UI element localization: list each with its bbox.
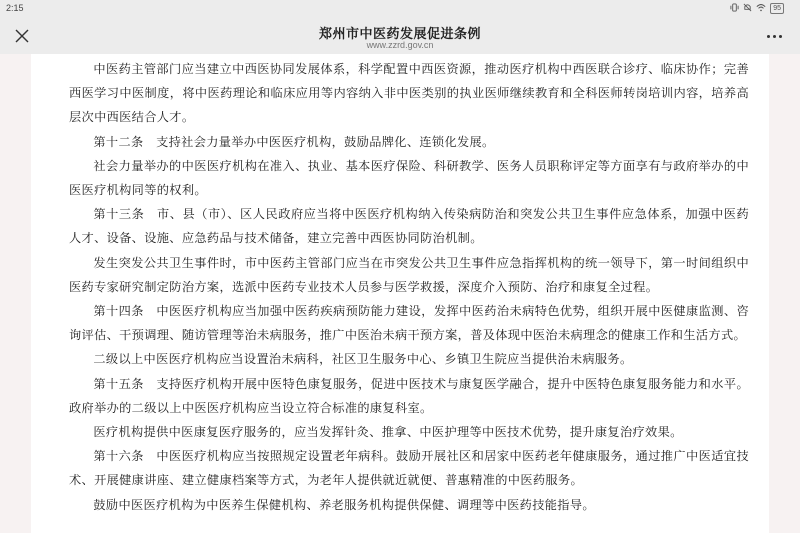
status-icons: 95 [730, 3, 784, 14]
mute-icon [743, 3, 752, 14]
battery-indicator: 95 [770, 3, 784, 14]
vibrate-icon [730, 3, 739, 14]
paragraph: 医疗机构提供中医康复医疗服务的，应当发挥针灸、推拿、中医护理等中医技术优势，提升… [39, 420, 749, 444]
page-url: www.zzrd.gov.cn [0, 40, 800, 50]
status-time: 2:15 [6, 3, 24, 13]
paragraph: 鼓励中医医疗机构为中医养生保健机构、养老服务机构提供保健、调理等中医药技能指导。 [39, 493, 749, 517]
paragraph: 中医药主管部门应当建立中西医协同发展体系，科学配置中西医资源，推动医疗机构中西医… [39, 57, 749, 130]
article-13: 第十三条 市、县（市）、区人民政府应当将中医医疗机构纳入传染病防治和突发公共卫生… [39, 202, 749, 250]
paragraph: 社会力量举办的中医医疗机构在准入、执业、基本医疗保险、科研教学、医务人员职称评定… [39, 154, 749, 202]
more-dot-icon [779, 35, 782, 38]
article-15: 第十五条 支持医疗机构开展中医特色康复服务，促进中医技术与康复医学融合，提升中医… [39, 372, 749, 420]
more-options-button[interactable] [762, 26, 786, 46]
more-dot-icon [767, 35, 770, 38]
status-bar: 2:15 95 [0, 0, 800, 18]
article-14: 第十四条 中医医疗机构应当加强中医药疾病预防能力建设，发挥中医药治未病特色优势，… [39, 299, 749, 347]
article-12: 第十二条 支持社会力量举办中医医疗机构，鼓励品牌化、连锁化发展。 [39, 130, 749, 154]
paragraph: 发生突发公共卫生事件时，市中医药主管部门应当在市突发公共卫生事件应急指挥机构的统… [39, 251, 749, 299]
browser-header: 郑州市中医药发展促进条例 www.zzrd.gov.cn [0, 18, 800, 54]
document-page[interactable]: 中医药主管部门应当建立中西医协同发展体系，科学配置中西医资源，推动医疗机构中西医… [31, 54, 769, 533]
wifi-icon [756, 3, 766, 14]
more-dot-icon [773, 35, 776, 38]
document-content: 中医药主管部门应当建立中西医协同发展体系，科学配置中西医资源，推动医疗机构中西医… [69, 57, 749, 517]
paragraph: 二级以上中医医疗机构应当设置治未病科，社区卫生服务中心、乡镇卫生院应当提供治未病… [39, 347, 749, 371]
article-16: 第十六条 中医医疗机构应当按照规定设置老年病科。鼓励开展社区和居家中医药老年健康… [39, 444, 749, 492]
